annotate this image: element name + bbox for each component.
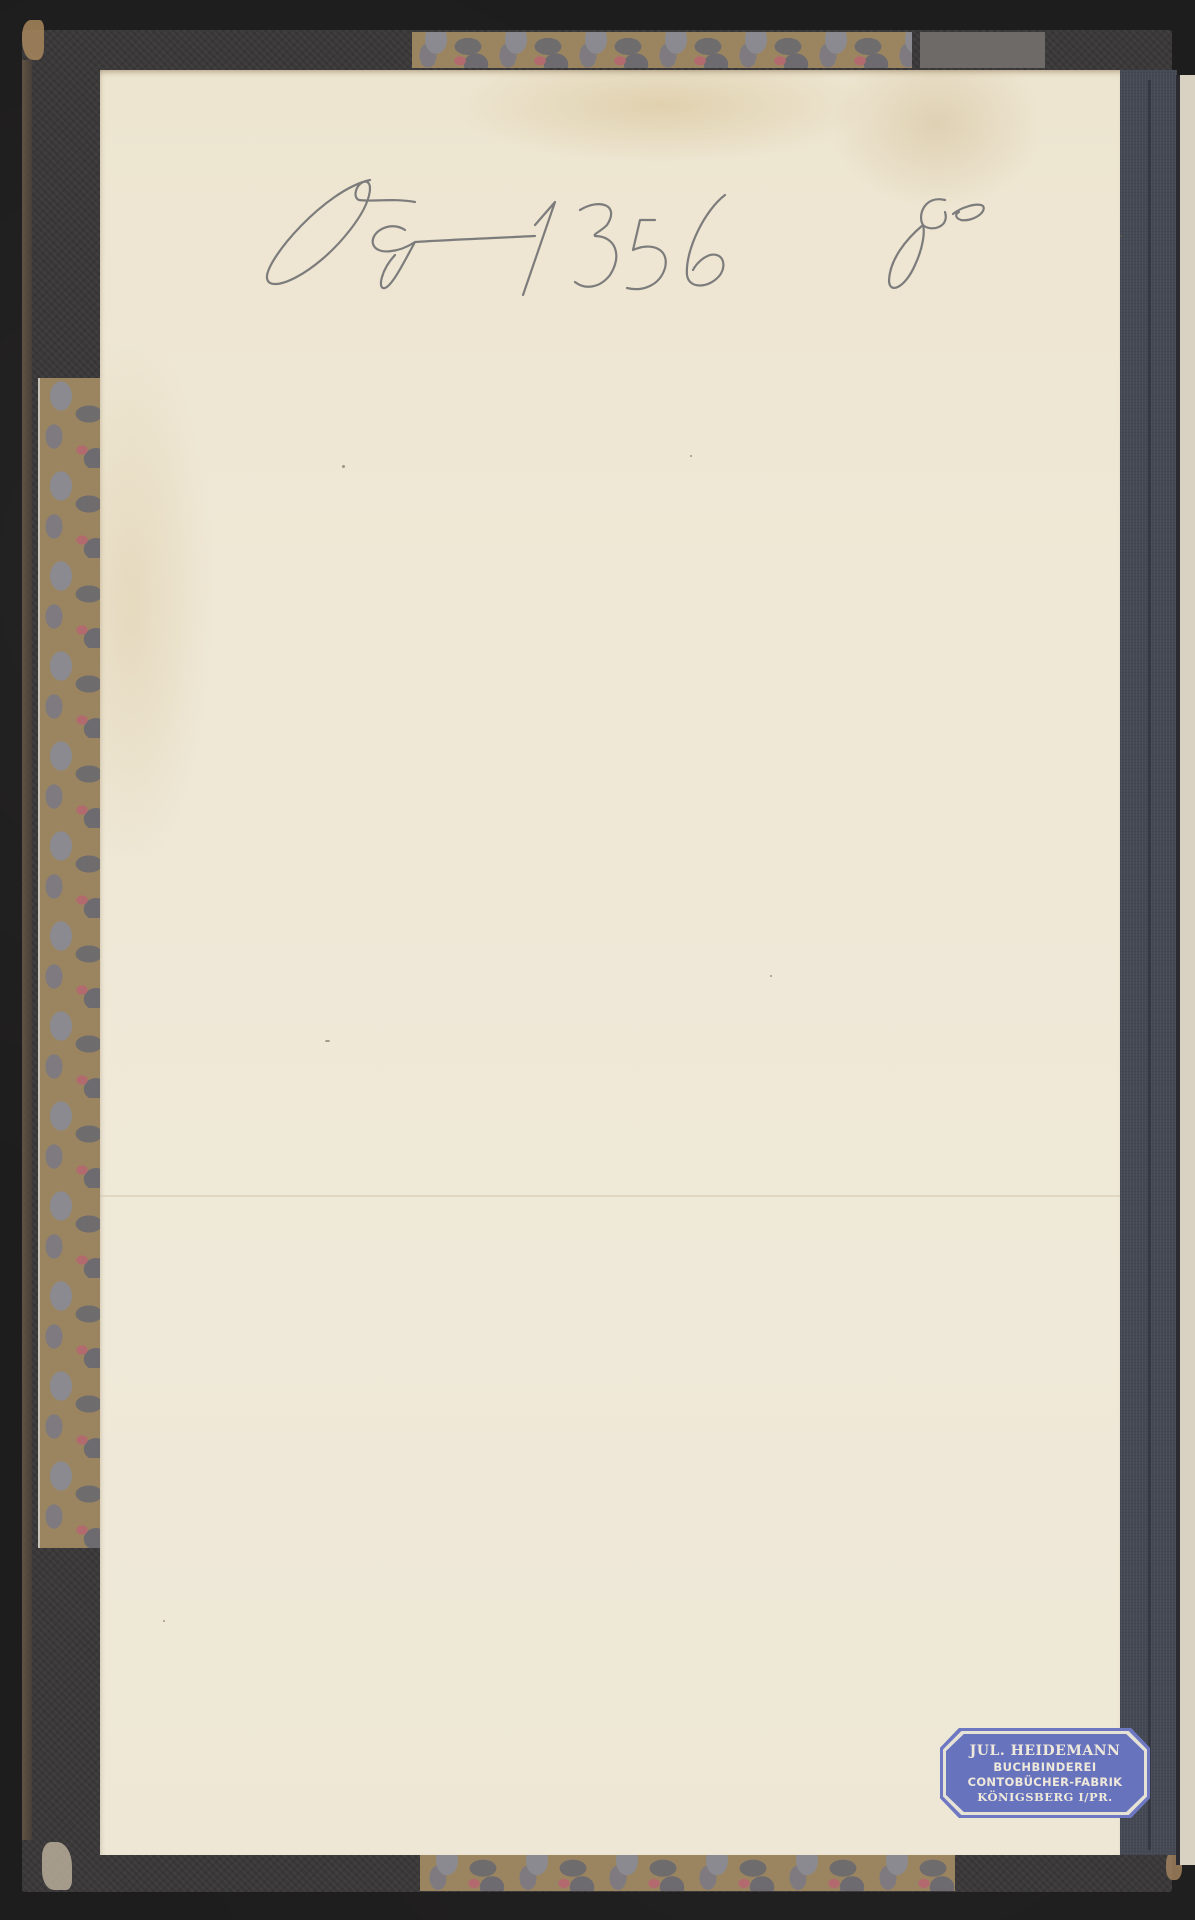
frayed-corner-bottom-left [42, 1842, 72, 1890]
paper-speck [770, 975, 772, 977]
worn-left-edge [22, 60, 32, 1840]
flyleaf-page [100, 70, 1120, 1855]
cloth-strip-top-right [920, 32, 1045, 68]
pencil-shelfmark: Od 1356 8° [255, 170, 1055, 300]
paper-speck [1120, 235, 1122, 237]
cloth-spine [1115, 70, 1177, 1855]
marbled-paper-bottom [420, 1853, 955, 1891]
facing-page-shadow [1176, 75, 1180, 1865]
stamp-text: JUL. HEIDEMANN BUCHBINDEREI CONTOBÜCHER-… [940, 1728, 1150, 1818]
paper-speck [690, 455, 692, 457]
paper-speck [163, 1620, 165, 1622]
stamp-binder-name: JUL. HEIDEMANN [970, 1743, 1121, 1759]
binder-label-stamp: JUL. HEIDEMANN BUCHBINDEREI CONTOBÜCHER-… [940, 1728, 1150, 1818]
paper-speck [342, 465, 345, 468]
marbled-paper-top [412, 32, 912, 68]
frayed-corner-top-left [22, 20, 44, 60]
stamp-bookbindery: BUCHBINDEREI [993, 1760, 1096, 1774]
handwriting-icon [255, 170, 1055, 300]
stamp-ledger-factory: CONTOBÜCHER-FABRIK [968, 1775, 1123, 1789]
stamp-city: KÖNIGSBERG I/PR. [977, 1790, 1112, 1804]
page-fold-line [100, 1195, 1120, 1197]
spine-crease [1148, 80, 1151, 1850]
paper-speck [325, 1040, 330, 1042]
